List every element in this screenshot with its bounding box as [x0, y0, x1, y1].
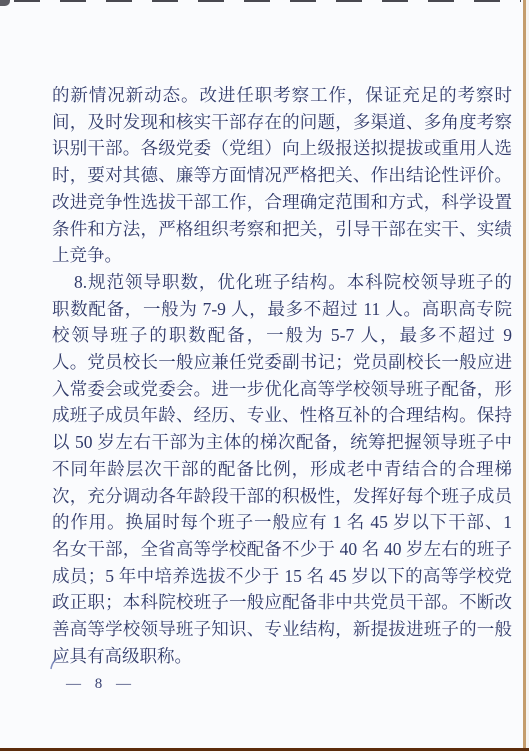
text-line: 入常委会或党委会。进一步优化高等学校领导班子配备，形: [52, 376, 512, 403]
text-line: 时，要对其德、廉等方面情况严格把关、作出结论性评价。: [52, 162, 512, 189]
text-line: 改进竞争性选拔干部工作，合理确定范围和方式，科学设置: [52, 189, 512, 216]
text-line: 成员；5 年中培养选拔不少于 15 名 45 岁以下的高等学校党: [52, 563, 512, 590]
text-line: 间，及时发现和核实干部存在的问题，多渠道、多角度考察: [52, 109, 512, 136]
text-line: 条件和方法，严格组织考察和把关，引导干部在实干、实绩: [52, 216, 512, 243]
text-line: 善高等学校领导班子知识、专业结构，新提拔进班子的一般: [52, 616, 512, 643]
text-line: 的新情况新动态。改进任职考察工作，保证充足的考察时: [52, 82, 512, 109]
text-line: 不同年龄层次干部的配备比例，形成老中青结合的合理梯: [52, 456, 512, 483]
text-line: 的作用。换届时每个班子一般应有 1 名 45 岁以下干部、1: [52, 509, 512, 536]
text-line: 识别干部。各级党委（党组）向上级报送拟提拔或重用人选: [52, 135, 512, 162]
text-line: 次，充分调动各年龄段干部的积极性，发挥好每个班子成员: [52, 483, 512, 510]
scan-artifact-top-edge: [14, 0, 521, 2]
scanned-document-page: 的新情况新动态。改进任职考察工作，保证充足的考察时间，及时发现和核实干部存在的问…: [0, 0, 529, 754]
text-line: 职数配备，一般为 7-9 人，最多不超过 11 人。高职高专院: [52, 296, 512, 323]
text-line: 人。党员校长一般应兼任党委副书记；党员副校长一般应进: [52, 349, 512, 376]
ink-mark: [49, 655, 64, 671]
text-line: 以 50 岁左右干部为主体的梯次配备，统筹把握领导班子中: [52, 429, 512, 456]
text-line: 上竞争。: [52, 242, 512, 269]
text-line: 校领导班子的职数配备，一般为 5-7 人，最多不超过 9: [52, 322, 512, 349]
text-line: 政正职；本科院校班子一般应配备非中共党员干部。不断改: [52, 589, 512, 616]
page-number: — 8 —: [66, 676, 136, 693]
scan-artifact-top-left-corner: [0, 0, 10, 6]
text-line: 应具有高级职称。: [52, 643, 512, 670]
text-line: 8.规范领导职数，优化班子结构。本科院校领导班子的: [52, 269, 512, 296]
text-line: 名女干部，全省高等学校配备不少于 40 名 40 岁左右的班子: [52, 536, 512, 563]
text-line: 成班子成员年龄、经历、专业、性格互补的合理结构。保持: [52, 402, 512, 429]
document-body: 的新情况新动态。改进任职考察工作，保证充足的考察时间，及时发现和核实干部存在的问…: [52, 82, 512, 669]
